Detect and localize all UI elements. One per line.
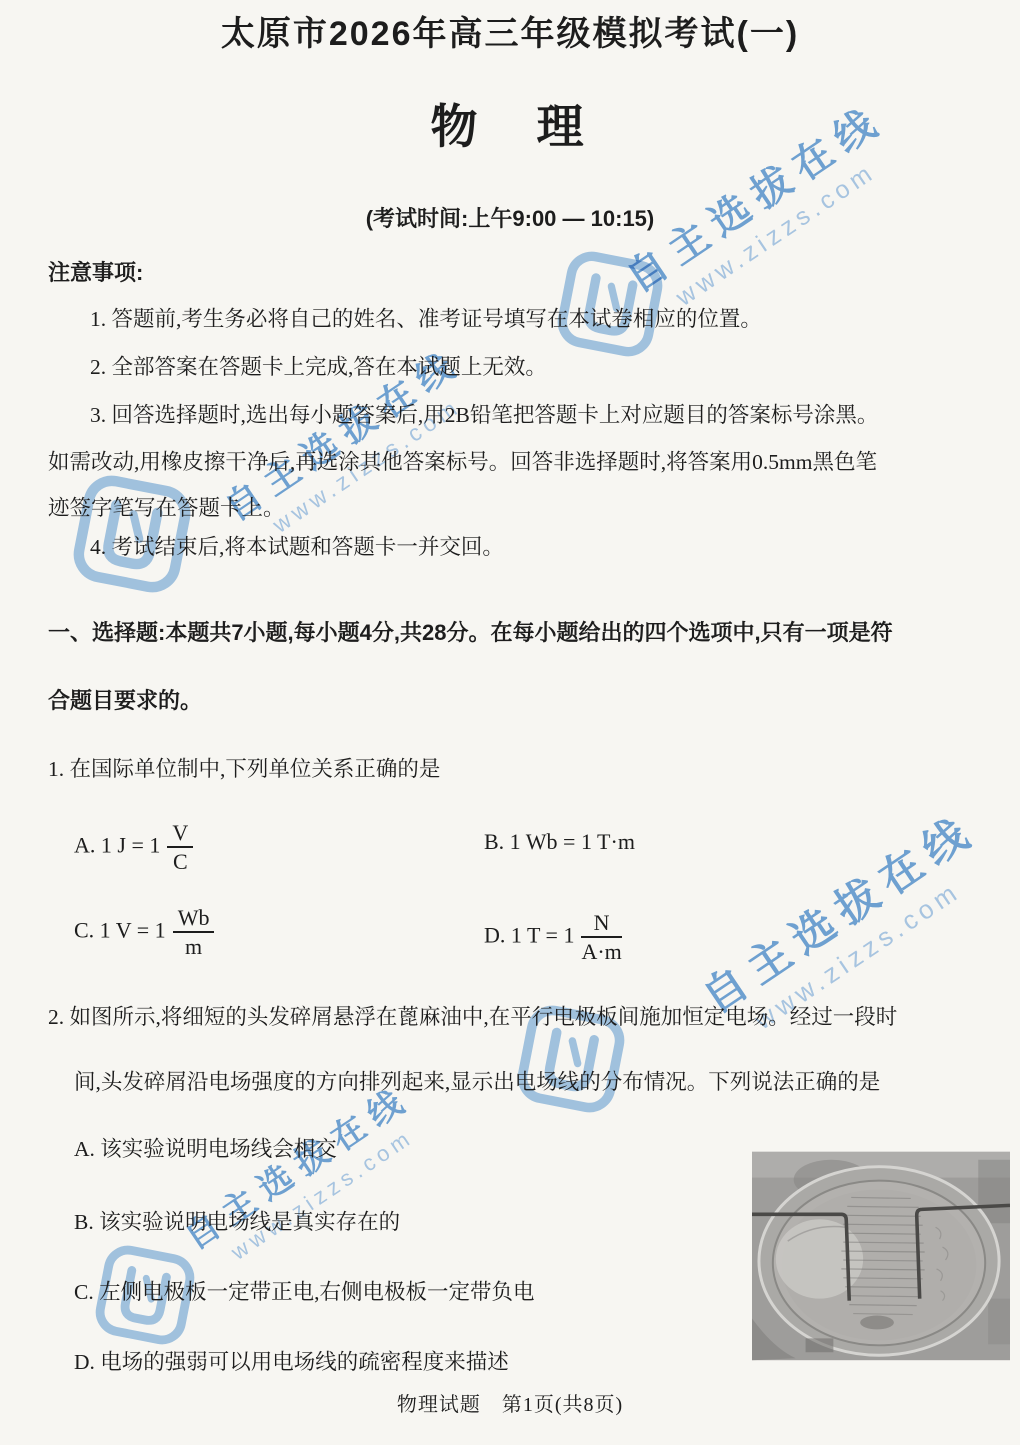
- question-1-option-c: C. 1 V = 1Wbm: [74, 905, 214, 960]
- option-c-expression: C. 1 V = 1: [74, 917, 166, 942]
- question-1-stem: 1. 在国际单位制中,下列单位关系正确的是: [48, 752, 440, 783]
- option-d-expression: D. 1 T = 1: [484, 922, 574, 947]
- experiment-photo-graphic: [752, 1150, 1010, 1362]
- exam-time-note: (考试时间:上午9:00 — 10:15): [0, 202, 1020, 233]
- notice-heading: 注意事项:: [48, 256, 143, 287]
- subject-title: 物 理: [0, 90, 1020, 157]
- section-1-header-line-1: 一、选择题:本题共7小题,每小题4分,共28分。在每小题给出的四个选项中,只有一…: [48, 616, 893, 647]
- exam-paper-page: 自主选拔在线 www.zizzs.com 自主选拔在线 www.zizzs.co…: [0, 0, 1020, 1445]
- fraction-numerator: V: [167, 820, 193, 848]
- notice-line-3-cont: 如需改动,用橡皮擦干净后,再选涂其他答案标号。回答非选择题时,将答案用0.5mm…: [48, 445, 877, 476]
- fraction-denominator: m: [173, 933, 215, 959]
- question-2-stem-line-1: 2. 如图所示,将细短的头发碎屑悬浮在蓖麻油中,在平行电极板间施加恒定电场。经过…: [48, 1000, 897, 1031]
- question-2-option-a: A. 该实验说明电场线会相交: [74, 1132, 337, 1163]
- page-footer: 物理试题 第1页(共8页): [0, 1388, 1020, 1417]
- question-2-option-d: D. 电场的强弱可以用电场线的疏密程度来描述: [74, 1345, 509, 1376]
- fraction-denominator: A·m: [581, 938, 621, 964]
- question-2-option-b: B. 该实验说明电场线是真实存在的: [74, 1205, 400, 1236]
- question-1-option-a: A. 1 J = 1VC: [74, 820, 193, 875]
- exam-title: 太原市2026年高三年级模拟考试(一): [0, 6, 1020, 55]
- watermark-cluster: 自主选拔在线 www.zizzs.com: [173, 1071, 435, 1282]
- fraction-denominator: C: [167, 848, 193, 874]
- question-2-stem-line-2: 间,头发碎屑沿电场强度的方向排列起来,显示出电场线的分布情况。下列说法正确的是: [74, 1065, 880, 1096]
- question-1-option-d: D. 1 T = 1NA·m: [484, 910, 622, 965]
- notice-line-1: 1. 答题前,考生务必将自己的姓名、准考证号填写在本试卷相应的位置。: [90, 302, 762, 333]
- notice-line-3: 3. 回答选择题时,选出每小题答案后,用2B铅笔把答题卡上对应题目的答案标号涂黑…: [90, 398, 878, 429]
- question-1-option-b: B. 1 Wb = 1 T·m: [484, 829, 635, 855]
- fraction-numerator: Wb: [173, 905, 215, 933]
- notice-line-3-cont2: 迹签字笔写在答题卡上。: [48, 491, 285, 522]
- notice-line-4: 4. 考试结束后,将本试题和答题卡一并交回。: [90, 530, 504, 561]
- section-1-header-line-2: 合题目要求的。: [48, 684, 202, 715]
- notice-line-2: 2. 全部答案在答题卡上完成,答在本试题上无效。: [90, 350, 547, 381]
- option-a-expression: A. 1 J = 1: [74, 832, 160, 857]
- watermark-brand-text: 自主选拔在线: [689, 797, 987, 1025]
- option-c-fraction: Wbm: [173, 905, 215, 960]
- experiment-photo: [752, 1150, 1010, 1362]
- option-a-fraction: VC: [167, 820, 193, 875]
- question-2-option-c: C. 左侧电极板一定带正电,右侧电极板一定带负电: [74, 1275, 534, 1306]
- option-d-fraction: NA·m: [581, 910, 621, 965]
- fraction-numerator: N: [581, 910, 621, 938]
